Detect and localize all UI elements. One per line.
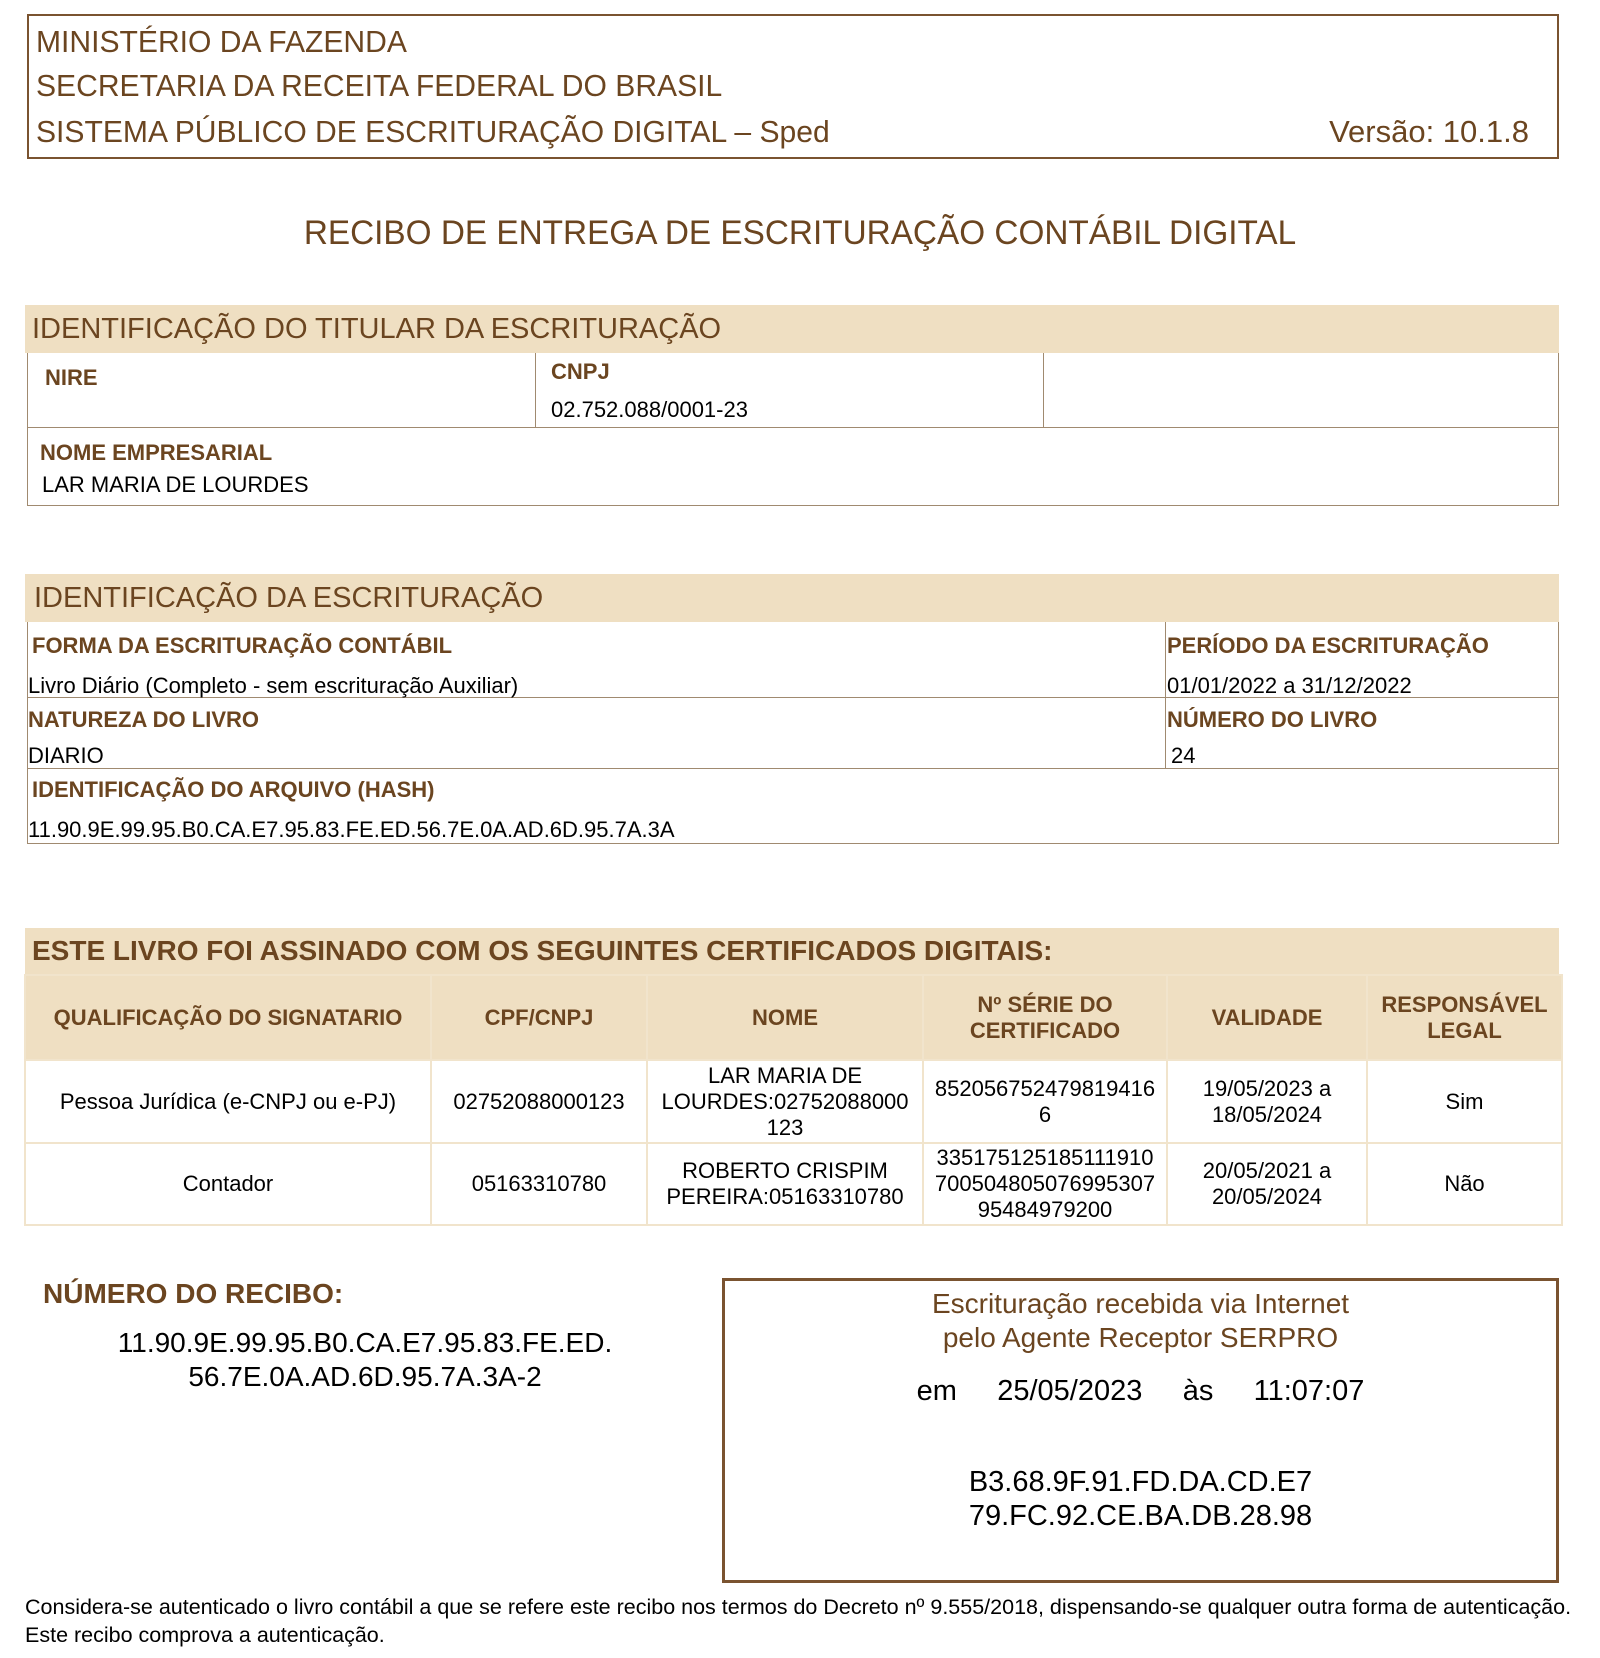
titular-table: NIRE CNPJ 02.752.088/0001-23 NOME EMPRES… [27, 353, 1559, 506]
column-header: QUALIFICAÇÃO DO SIGNATARIO [25, 975, 431, 1060]
system-name: SISTEMA PÚBLICO DE ESCRITURAÇÃO DIGITAL … [36, 114, 830, 150]
numero-livro-label: NÚMERO DO LIVRO [1167, 707, 1377, 733]
divider [28, 768, 1558, 769]
reception-box: Escrituração recebida via Internet pelo … [722, 1278, 1559, 1583]
serie-cell: 335175125185111910 700504805076995307 95… [923, 1143, 1167, 1225]
periodo-value: 01/01/2022 a 31/12/2022 [1167, 673, 1412, 699]
nome-cell: ROBERTO CRISPIM PEREIRA:05163310780 [647, 1143, 923, 1225]
divider [1043, 353, 1044, 427]
recibo-number-line1: 11.90.9E.99.95.B0.CA.E7.95.83.FE.ED. [60, 1326, 670, 1360]
cpf-cnpj-cell: 05163310780 [431, 1143, 647, 1225]
table-header-row: QUALIFICAÇÃO DO SIGNATARIO CPF/CNPJ NOME… [25, 975, 1562, 1060]
table-row: Contador 05163310780 ROBERTO CRISPIM PER… [25, 1143, 1562, 1225]
em-label: em [917, 1375, 957, 1407]
authentication-note: Considera-se autenticado o livro contábi… [25, 1593, 1585, 1649]
reception-hash-line1: B3.68.9F.91.FD.DA.CD.E7 [725, 1465, 1556, 1499]
validade-cell: 19/05/2023 a 18/05/2024 [1167, 1060, 1367, 1143]
table-row: Pessoa Jurídica (e-CNPJ ou e-PJ) 0275208… [25, 1060, 1562, 1143]
reception-hash: B3.68.9F.91.FD.DA.CD.E7 79.FC.92.CE.BA.D… [725, 1465, 1556, 1533]
reception-hash-line2: 79.FC.92.CE.BA.DB.28.98 [725, 1499, 1556, 1533]
validade-cell: 20/05/2021 a 20/05/2024 [1167, 1143, 1367, 1225]
natureza-label: NATUREZA DO LIVRO [28, 707, 259, 733]
cpf-cnpj-cell: 02752088000123 [431, 1060, 647, 1143]
hash-value: 11.90.9E.99.95.B0.CA.E7.95.83.FE.ED.56.7… [28, 817, 675, 843]
as-label: às [1183, 1375, 1214, 1407]
version-label: Versão: 10.1.8 [1329, 114, 1529, 150]
responsavel-cell: Sim [1367, 1060, 1562, 1143]
section-escrituracao-header: IDENTIFICAÇÃO DA ESCRITURAÇÃO [25, 574, 1559, 622]
nome-empresarial-value: LAR MARIA DE LOURDES [42, 472, 309, 498]
forma-label: FORMA DA ESCRITURAÇÃO CONTÁBIL [32, 633, 452, 659]
divider [28, 427, 1558, 428]
secretariat-name: SECRETARIA DA RECEITA FEDERAL DO BRASIL [36, 68, 722, 104]
serie-cell: 852056752479819416 6 [923, 1060, 1167, 1143]
nire-label: NIRE [45, 365, 98, 391]
nome-cell: LAR MARIA DE LOURDES:02752088000 123 [647, 1060, 923, 1143]
qualificacao-cell: Pessoa Jurídica (e-CNPJ ou e-PJ) [25, 1060, 431, 1143]
reception-datetime: em 25/05/2023 às 11:07:07 [725, 1375, 1556, 1408]
document-title: RECIBO DE ENTREGA DE ESCRITURAÇÃO CONTÁB… [16, 214, 1584, 253]
qualificacao-cell: Contador [25, 1143, 431, 1225]
cnpj-value: 02.752.088/0001-23 [551, 397, 748, 423]
section-certificados-header: ESTE LIVRO FOI ASSINADO COM OS SEGUINTES… [25, 928, 1559, 974]
recibo-number-label: NÚMERO DO RECIBO: [43, 1278, 343, 1310]
divider [1165, 622, 1166, 768]
column-header: Nº SÉRIE DO CERTIFICADO [923, 975, 1167, 1060]
ministry-name: MINISTÉRIO DA FAZENDA [36, 24, 407, 60]
reception-time: 11:07:07 [1254, 1375, 1365, 1407]
responsavel-cell: Não [1367, 1143, 1562, 1225]
nome-empresarial-label: NOME EMPRESARIAL [40, 440, 272, 466]
forma-value: Livro Diário (Completo - sem escrituraçã… [28, 673, 518, 699]
reception-date: 25/05/2023 [997, 1375, 1142, 1407]
natureza-value: DIARIO [28, 743, 104, 769]
reception-title: Escrituração recebida via Internet pelo … [725, 1287, 1556, 1355]
section-titular-header: IDENTIFICAÇÃO DO TITULAR DA ESCRITURAÇÃO [25, 305, 1559, 353]
column-header: NOME [647, 975, 923, 1060]
recibo-number-value: 11.90.9E.99.95.B0.CA.E7.95.83.FE.ED. 56.… [60, 1326, 670, 1394]
column-header: CPF/CNPJ [431, 975, 647, 1060]
header-box: MINISTÉRIO DA FAZENDA SECRETARIA DA RECE… [27, 14, 1559, 159]
column-header: VALIDADE [1167, 975, 1367, 1060]
divider [535, 353, 536, 427]
hash-label: IDENTIFICAÇÃO DO ARQUIVO (HASH) [32, 777, 435, 803]
reception-line1: Escrituração recebida via Internet [725, 1287, 1556, 1321]
numero-livro-value: 24 [1171, 743, 1195, 769]
periodo-label: PERÍODO DA ESCRITURAÇÃO [1167, 633, 1489, 659]
certificates-table: QUALIFICAÇÃO DO SIGNATARIO CPF/CNPJ NOME… [24, 974, 1563, 1226]
cnpj-label: CNPJ [551, 359, 610, 385]
escrituracao-table: FORMA DA ESCRITURAÇÃO CONTÁBIL Livro Diá… [27, 622, 1559, 844]
recibo-number-line2: 56.7E.0A.AD.6D.95.7A.3A-2 [60, 1360, 670, 1394]
reception-line2: pelo Agente Receptor SERPRO [725, 1321, 1556, 1355]
column-header: RESPONSÁVEL LEGAL [1367, 975, 1562, 1060]
